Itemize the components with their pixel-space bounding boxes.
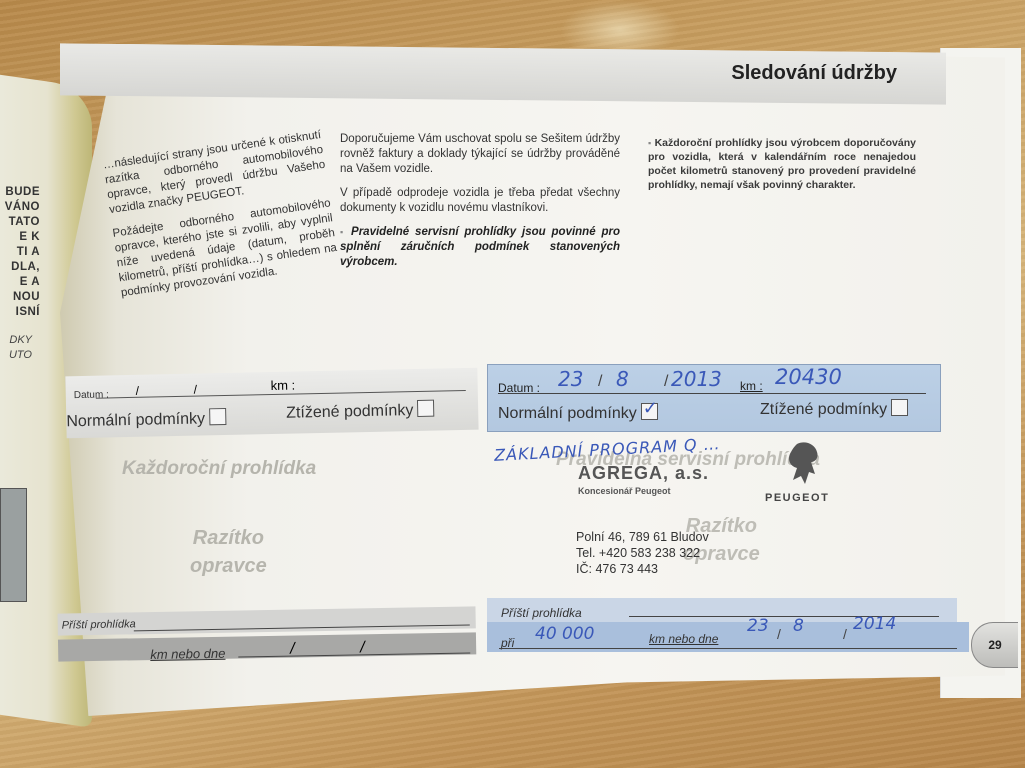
harsh-conditions: Ztížené podmínky [286,400,435,423]
text-line: DLA, [4,260,40,275]
text-line: TATO [4,215,40,230]
next-year-value[interactable]: 2014 [853,614,896,634]
text-line: TI A [4,245,40,260]
date-separator: / [664,373,668,391]
date-month-value[interactable]: 8 [616,367,629,391]
warranty-note: Pravidelné servisní prohlídky jsou povin… [340,225,620,270]
date-day-value[interactable]: 23 [558,367,583,391]
km-label: km : [740,379,763,393]
text-line: VÁNO [4,200,40,215]
intro-column-3: Každoroční prohlídky jsou výrobcem dopor… [648,136,916,201]
normal-conditions: Normální podmínky [66,408,226,431]
next-inspection-label: Příští prohlídka [62,618,136,631]
dealer-phone: Tel. +420 583 238 322 [576,545,709,561]
normal-conditions-checkbox[interactable] [209,408,226,425]
brand-name: PEUGEOT [765,492,829,504]
annual-inspection-note: Každoroční prohlídky jsou výrobcem dopor… [648,136,916,192]
service-form-filled: Datum : 23 / 8 / 2013 km : 20430 Normáln… [487,364,941,432]
date-separator: / [194,383,198,397]
harsh-conditions-label: Ztížené podmínky [286,402,414,422]
intro-column-1: …následující strany jsou určené k otiskn… [102,128,341,310]
page-title: Sledování údržby [731,62,897,85]
page-number: 29 [971,622,1018,668]
harsh-conditions: Ztížené podmínky [760,399,908,419]
text-line: NOU [4,290,40,305]
text-line: DKY [2,333,32,348]
harsh-conditions-checkbox[interactable] [891,399,908,416]
next-km-value[interactable]: 40 000 [535,624,594,644]
stamp-area-placeholder: Razítko opravce [190,524,267,580]
date-separator: / [598,373,602,391]
normal-conditions-label: Normální podmínky [498,405,637,422]
left-page-bold-text: BUDE VÁNO TATO E K TI A DLA, E A NOU ISN… [4,185,40,320]
date-separator: / [777,626,781,642]
km-value[interactable]: 20430 [775,365,842,389]
km-label: km : [270,378,295,394]
dealer-name: AGREGA, a.s. [578,463,709,484]
intro-paragraph: V případě odprodeje vozidla je třeba pře… [340,186,620,216]
next-day-value[interactable]: 23 [747,616,769,636]
left-page-box [0,488,27,602]
next-inspection-label: Příští prohlídka [501,606,582,620]
date-km-line [498,393,926,394]
normal-conditions-label: Normální podmínky [66,410,205,430]
text-line: E K [4,230,40,245]
left-page-italic-text: DKY UTO [2,333,32,363]
dealer-address: Polní 46, 789 61 Bludov [576,529,709,545]
stamp-placeholder-line: opravce [190,552,267,580]
stamp-placeholder-line: Razítko [190,524,267,552]
normal-conditions: Normální podmínky [498,403,658,423]
date-year-value[interactable]: 2013 [671,367,722,391]
intro-paragraph: Doporučujeme Vám uschovat spolu se Sešit… [340,132,620,177]
normal-conditions-checkbox-checked[interactable] [641,403,658,420]
peugeot-lion-icon [783,440,823,490]
intro-column-2: Doporučujeme Vám uschovat spolu se Sešit… [340,132,620,279]
text-line: BUDE [4,185,40,200]
harsh-conditions-checkbox[interactable] [417,400,434,417]
km-or-date-line [499,648,957,649]
text-line: UTO [2,348,32,363]
km-or-date-label: km nebo dne [649,632,718,646]
km-or-date-label: km nebo dne [150,646,225,662]
next-inspection-empty: Příští prohlídka km nebo dne / / [58,606,477,673]
next-inspection-filled: Příští prohlídka při 40 000 km nebo dne … [487,598,969,658]
band [58,632,476,661]
next-month-value[interactable]: 8 [793,616,804,636]
date-separator: / [136,384,140,398]
service-form-empty: Datum : / / km : Normální podmínky Ztíže… [65,368,478,439]
datum-label: Datum : [74,389,109,401]
dealer-id: IČ: 476 73 443 [576,561,709,577]
harsh-conditions-label: Ztížené podmínky [760,401,887,418]
dealer-subtitle: Koncesionář Peugeot [578,486,671,496]
stamp-area-title: Každoroční prohlídka [122,458,316,480]
date-separator: / [843,626,847,642]
text-line: E A [4,275,40,290]
text-line: ISNÍ [4,305,40,320]
dealer-address-block: Polní 46, 789 61 Bludov Tel. +420 583 23… [576,529,709,577]
